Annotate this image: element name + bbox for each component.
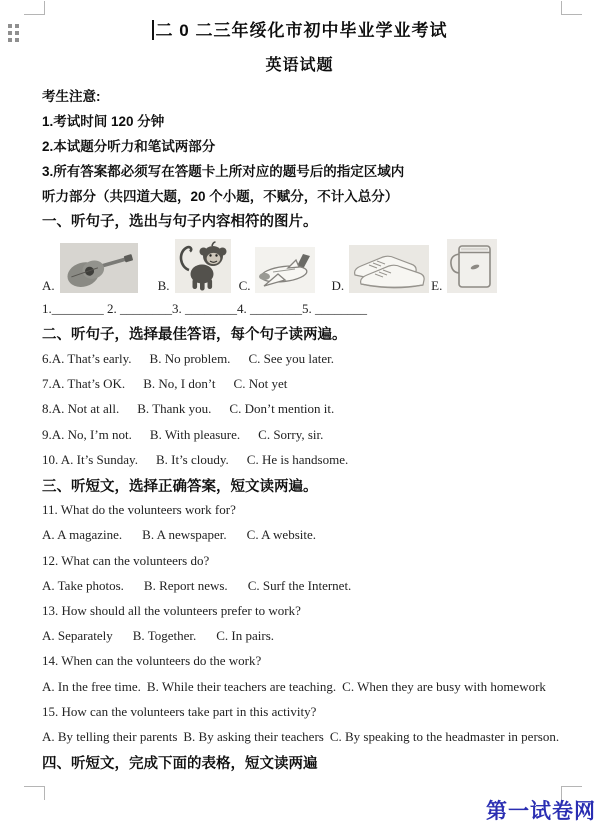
question-row-10: 10. A. It’s Sunday. B. It’s cloudy. C. H… [42, 447, 587, 472]
section2-heading: 二、听句子，选择最佳答语，每个句子读两遍。 [42, 321, 587, 346]
option: 7.A. That’s OK. [42, 376, 125, 392]
page-subtitle: 英语试题 [0, 52, 599, 75]
option: B. No problem. [150, 351, 231, 367]
option: B. A newspaper. [142, 527, 227, 543]
option-row-13: A. Separately B. Together. C. In pairs. [42, 624, 587, 649]
picture-label-a: A. [42, 279, 55, 293]
picture-option-c: C. [239, 247, 316, 293]
question-row-8: 8.A. Not at all. B. Thank you. C. Don’t … [42, 397, 587, 422]
question-text-13: 13. How should all the volunteers prefer… [42, 598, 587, 623]
option: B. Thank you. [137, 401, 211, 417]
question-text-11: 11. What do the volunteers work for? [42, 498, 587, 523]
question-row-7: 7.A. That’s OK. B. No, I don’t C. Not ye… [42, 372, 587, 397]
monkey-image [175, 239, 231, 293]
page-margin-mark-top-right [561, 1, 582, 15]
option-row-15: A. By telling their parents B. By asking… [42, 724, 587, 749]
option-row-14: A. In the free time. B. While their teac… [42, 674, 587, 699]
answer-blanks: 1.________ 2. ________3. ________4. ____… [42, 296, 587, 321]
option: A. In the free time. [42, 679, 141, 695]
guitar-image [60, 243, 138, 293]
picture-option-e: E. [431, 239, 497, 293]
option: C. Not yet [234, 376, 288, 392]
picture-label-b: B. [158, 279, 170, 293]
question-row-6: 6.A. That’s early. B. No problem. C. See… [42, 347, 587, 372]
watermark[interactable]: 第一试卷网 [486, 795, 596, 825]
option: 6.A. That’s early. [42, 351, 132, 367]
option: 9.A. No, I’m not. [42, 427, 132, 443]
option: C. He is handsome. [247, 452, 348, 468]
option: B. By asking their teachers [183, 729, 323, 745]
option: B. While their teachers are teaching. [147, 679, 336, 695]
picture-option-d: D. [331, 245, 429, 293]
document-body: 考生注意: 1.考试时间 120 分钟 2.本试题分听力和笔试两部分 3.所有答… [42, 82, 587, 775]
option: C. In pairs. [216, 628, 274, 644]
notice-heading: 考生注意: [42, 82, 587, 107]
page-margin-mark-bottom-left [24, 786, 45, 800]
option: A. Separately [42, 628, 113, 644]
option: C. A website. [247, 527, 316, 543]
option: B. Together. [133, 628, 196, 644]
option: B. With pleasure. [150, 427, 240, 443]
picture-label-d: D. [331, 279, 344, 293]
option: 8.A. Not at all. [42, 401, 119, 417]
picture-options-row: A. B. [42, 235, 587, 293]
option: A. A magazine. [42, 527, 122, 543]
option: C. Don’t mention it. [229, 401, 334, 417]
question-row-9: 9.A. No, I’m not. B. With pleasure. C. S… [42, 422, 587, 447]
picture-option-a: A. [42, 243, 138, 293]
option: C. Surf the Internet. [248, 578, 352, 594]
section4-heading: 四、听短文，完成下面的表格，短文读两遍 [42, 750, 587, 775]
notice-item-1: 1.考试时间 120 分钟 [42, 107, 587, 132]
text-cursor [152, 20, 154, 40]
question-text-15: 15. How can the volunteers take part in … [42, 699, 587, 724]
picture-label-c: C. [239, 279, 251, 293]
option: A. By telling their parents [42, 729, 177, 745]
document-page: 二 0 二三年绥化市初中毕业学业考试 英语试题 考生注意: 1.考试时间 120… [0, 0, 599, 829]
option-row-11: A. A magazine. B. A newspaper. C. A webs… [42, 523, 587, 548]
option: B. It’s cloudy. [156, 452, 229, 468]
section3-heading: 三、听短文，选择正确答案，短文读两遍。 [42, 472, 587, 497]
listening-part-header: 听力部分（共四道大题，20 个小题，不赋分，不计入总分） [42, 183, 587, 208]
title-row: 二 0 二三年绥化市初中毕业学业考试 [0, 16, 599, 41]
sneakers-image [349, 245, 429, 293]
option: C. When they are busy with homework [342, 679, 546, 695]
picture-option-b: B. [158, 239, 231, 293]
option: B. Report news. [144, 578, 228, 594]
option: C. Sorry, sir. [258, 427, 323, 443]
option: A. Take photos. [42, 578, 124, 594]
page-margin-mark-top-left [24, 1, 45, 15]
notice-item-2: 2.本试题分听力和笔试两部分 [42, 132, 587, 157]
page-title: 二 0 二三年绥化市初中毕业学业考试 [156, 21, 448, 40]
option: C. See you later. [248, 351, 334, 367]
question-text-12: 12. What can the volunteers do? [42, 548, 587, 573]
option: 10. A. It’s Sunday. [42, 452, 138, 468]
mug-image [447, 239, 497, 293]
section1-heading: 一、听句子，选出与句子内容相符的图片。 [42, 208, 587, 233]
option: B. No, I don’t [143, 376, 215, 392]
option: C. By speaking to the headmaster in pers… [330, 729, 559, 745]
picture-label-e: E. [431, 279, 442, 293]
airplane-image [255, 247, 315, 293]
notice-item-3: 3.所有答案都必须写在答题卡上所对应的题号后的指定区域内 [42, 158, 587, 183]
question-text-14: 14. When can the volunteers do the work? [42, 649, 587, 674]
option-row-12: A. Take photos. B. Report news. C. Surf … [42, 573, 587, 598]
